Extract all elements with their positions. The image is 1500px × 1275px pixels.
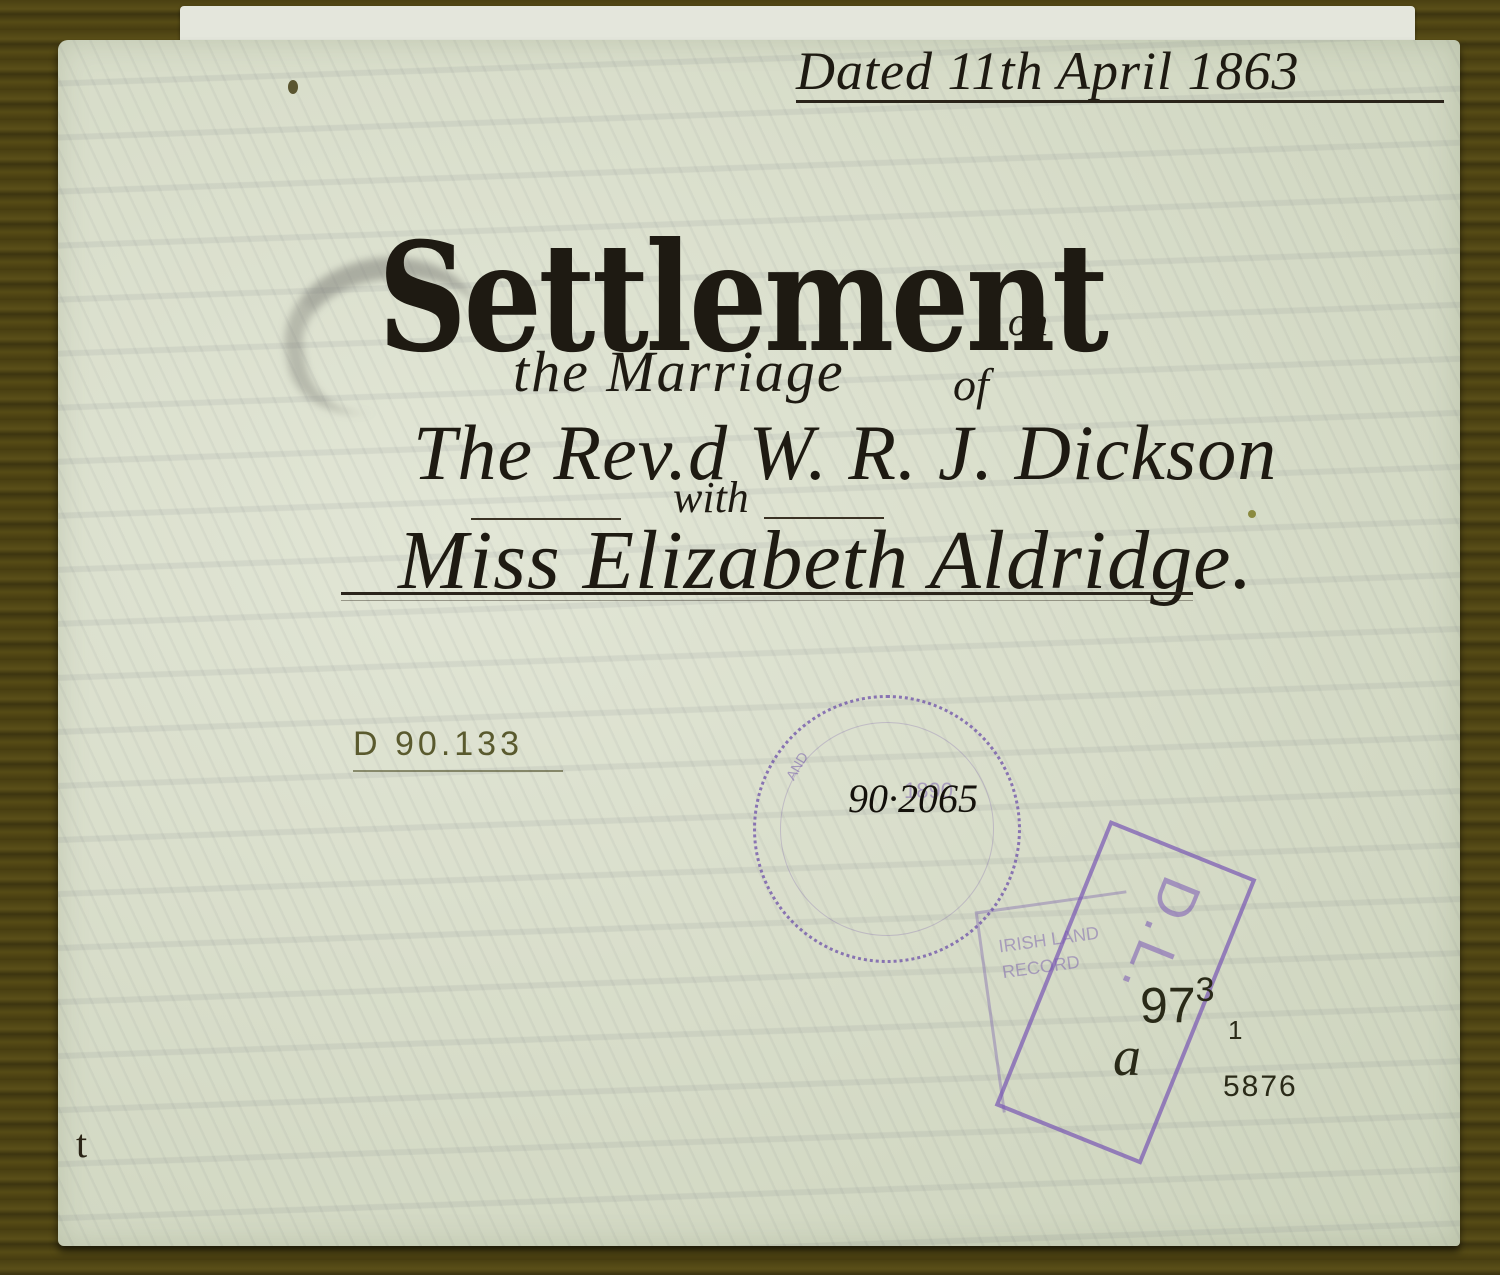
title-word-of: of — [953, 358, 989, 411]
handwritten-ref-submark: 1 — [1228, 1015, 1242, 1046]
pencil-reference: D 90.133 — [353, 725, 523, 764]
handwritten-ref-number: 973 — [1140, 975, 1215, 1035]
handwritten-ref-code: 5876 — [1223, 1070, 1298, 1104]
stamp-inner-ring — [780, 722, 994, 936]
title-word-on: on — [1008, 298, 1048, 345]
ref-number: 97 — [1140, 978, 1196, 1034]
title-underline-thin — [341, 600, 1193, 601]
parchment-document: Dated 11th April 1863 Settlement on the … — [58, 40, 1460, 1246]
party-groom: The Rev.d W. R. J. Dickson — [413, 408, 1277, 498]
accession-number: 90·2065 — [848, 775, 978, 822]
ref-superscript: 3 — [1196, 971, 1215, 1009]
pencil-underline — [353, 770, 563, 772]
date-underline — [796, 100, 1444, 103]
corner-mark: t — [76, 1120, 87, 1167]
title-underline — [341, 592, 1193, 595]
endorsement-date: Dated 11th April 1863 — [796, 40, 1300, 102]
handwritten-ref-letter: a — [1113, 1025, 1141, 1089]
title-line-marriage: the Marriage — [513, 338, 845, 405]
stain-spot — [288, 80, 298, 94]
